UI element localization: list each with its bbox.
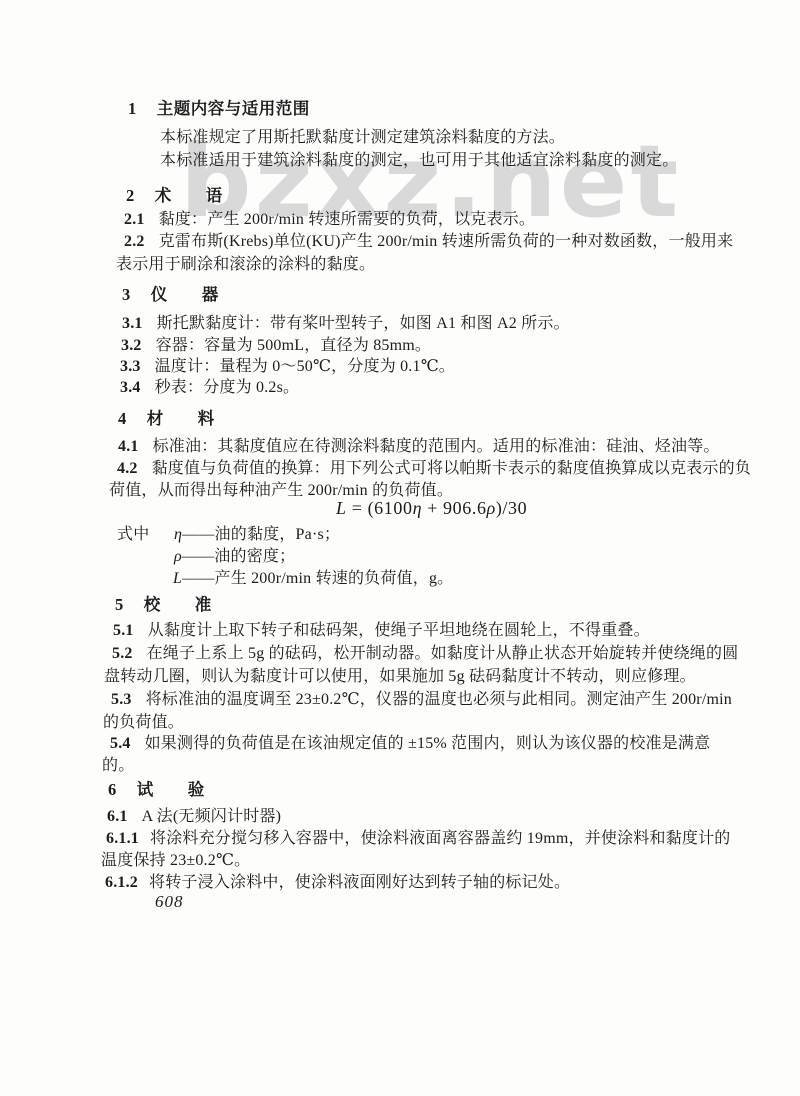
page-number: 608 <box>155 892 184 912</box>
clause-text: 黏度：产生 200r/min 转速所需要的负荷，以克表示。 <box>159 211 535 228</box>
clause-number: 2.2 <box>124 233 145 250</box>
formula-legend-eta: η——油的黏度，Pa·s； <box>174 525 340 545</box>
section-number: 5 <box>115 595 124 614</box>
clause-text: 如果测得的负荷值是在该油规定值的 ±15% 范围内，则认为该仪器的校准是满意 <box>145 735 711 752</box>
clause-text: 黏度值与负荷值的换算：用下列公式可将以帕斯卡表示的黏度值换算成以克表示的负 <box>152 460 751 477</box>
clause-number: 5.1 <box>113 622 134 639</box>
symbol: η <box>174 526 182 543</box>
clause-3-4: 3.4秒表：分度为 0.2s。 <box>120 378 299 398</box>
section-number: 6 <box>108 780 117 799</box>
clause-6-1-2: 6.1.2将转子浸入涂料中，使涂料液面刚好达到转子轴的标记处。 <box>105 873 570 893</box>
clause-number: 5.2 <box>112 645 133 662</box>
section-title: 材 料 <box>147 409 215 428</box>
clause-number: 3.3 <box>120 358 141 375</box>
clause-2-2-continued: 表示用于刷涂和滚涂的涂料的黏度。 <box>116 255 375 275</box>
section-number: 1 <box>128 99 137 118</box>
section-6-heading: 6试 验 <box>108 780 205 800</box>
clause-5-3-continued: 的负荷值。 <box>103 713 184 733</box>
clause-4-1: 4.1标准油：其黏度值应在待测涂料黏度的范围内。适用的标准油：硅油、烃油等。 <box>118 437 720 457</box>
clause-5-4-continued: 的。 <box>102 756 134 776</box>
clause-text: 温度计：量程为 0～50℃，分度为 0.1℃。 <box>155 358 455 375</box>
section-5-heading: 5校 准 <box>115 595 212 615</box>
clause-number: 2.1 <box>124 211 145 228</box>
scanned-standard-page: bzxz.net 1主题内容与适用范围 本标准规定了用斯托默黏度计测定建筑涂料黏… <box>0 0 800 1096</box>
clause-5-4: 5.4如果测得的负荷值是在该油规定值的 ±15% 范围内，则认为该仪器的校准是满… <box>110 734 710 754</box>
clause-text: 在绳子上系上 5g 的砝码，松开制动器。如黏度计从静止状态开始旋转并使绕绳的圆 <box>147 645 739 662</box>
clause-text: 将转子浸入涂料中，使涂料液面刚好达到转子轴的标记处。 <box>149 874 570 891</box>
section-1-heading: 1主题内容与适用范围 <box>128 99 310 119</box>
clause-text: 从黏度计上取下转子和砝码架，使绳子平坦地绕在圆轮上，不得重叠。 <box>148 622 650 639</box>
clause-5-2-continued: 盘转动几圈，则认为黏度计可以使用，如果施加 5g 砝码黏度计不转动，则应修理。 <box>104 667 696 687</box>
clause-number: 6.1.2 <box>105 874 138 891</box>
formula-legend-rho: ρ——油的密度； <box>174 547 295 567</box>
clause-number: 6.1 <box>107 808 128 825</box>
clause-number: 5.4 <box>110 735 131 752</box>
formula-legend-L: L——产生 200r/min 转速的负荷值，g。 <box>173 569 453 589</box>
section-title: 术 语 <box>155 186 223 205</box>
clause-text: 容器：容量为 500mL，直径为 85mm。 <box>156 337 432 354</box>
clause-number: 3.1 <box>122 315 143 332</box>
section-1-paragraph-1: 本标准规定了用斯托默黏度计测定建筑涂料黏度的方法。 <box>160 128 565 148</box>
section-number: 3 <box>122 285 131 304</box>
section-title: 校 准 <box>144 595 212 614</box>
clause-5-3: 5.3将标准油的温度调至 23±0.2℃，仪器的温度也必须与此相同。测定油产生 … <box>111 690 732 710</box>
clause-4-2: 4.2黏度值与负荷值的换算：用下列公式可将以帕斯卡表示的黏度值换算成以克表示的负 <box>117 459 751 479</box>
clause-text: 将涂料充分搅匀移入容器中，使涂料液面离容器盖约 19mm，并使涂料和黏度计的 <box>150 830 731 847</box>
clause-3-2: 3.2容器：容量为 500mL，直径为 85mm。 <box>121 336 431 356</box>
clause-2-2: 2.2克雷布斯(Krebs)单位(KU)产生 200r/min 转速所需负荷的一… <box>124 232 733 252</box>
clause-text: 秒表：分度为 0.2s。 <box>155 379 300 396</box>
section-3-heading: 3仪 器 <box>122 285 219 305</box>
symbol: ρ <box>174 548 182 565</box>
formula: L = (6100η + 906.6ρ)/30 <box>336 498 527 518</box>
clause-2-1: 2.1黏度：产生 200r/min 转速所需要的负荷，以克表示。 <box>124 210 535 230</box>
section-title: 仪 器 <box>151 285 219 304</box>
section-number: 2 <box>126 186 135 205</box>
clause-3-1: 3.1斯托默黏度计：带有桨叶型转子，如图 A1 和图 A2 所示。 <box>122 314 570 334</box>
clause-text: A 法(无频闪计时器) <box>142 808 282 825</box>
section-2-heading: 2术 语 <box>126 186 223 206</box>
clause-number: 4.2 <box>117 460 138 477</box>
clause-6-1-1: 6.1.1将涂料充分搅匀移入容器中，使涂料液面离容器盖约 19mm，并使涂料和黏… <box>106 829 731 849</box>
section-title: 主题内容与适用范围 <box>157 99 310 118</box>
clause-number: 4.1 <box>118 438 139 455</box>
clause-5-1: 5.1从黏度计上取下转子和砝码架，使绳子平坦地绕在圆轮上，不得重叠。 <box>113 621 650 641</box>
clause-text: 将标准油的温度调至 23±0.2℃，仪器的温度也必须与此相同。测定油产生 200… <box>146 691 732 708</box>
section-title: 试 验 <box>137 780 205 799</box>
clause-number: 3.4 <box>120 379 141 396</box>
clause-6-1-1-continued: 温度保持 23±0.2℃。 <box>101 851 250 871</box>
clause-number: 6.1.1 <box>106 830 139 847</box>
clause-3-3: 3.3温度计：量程为 0～50℃，分度为 0.1℃。 <box>120 357 455 377</box>
clause-5-2: 5.2在绳子上系上 5g 的砝码，松开制动器。如黏度计从静止状态开始旋转并使绕绳… <box>112 644 738 664</box>
clause-number: 5.3 <box>111 691 132 708</box>
clause-text: 标准油：其黏度值应在待测涂料黏度的范围内。适用的标准油：硅油、烃油等。 <box>153 438 720 455</box>
section-number: 4 <box>118 409 127 428</box>
clause-6-1: 6.1A 法(无频闪计时器) <box>107 807 281 827</box>
clause-text: 斯托默黏度计：带有桨叶型转子，如图 A1 和图 A2 所示。 <box>157 315 570 332</box>
clause-number: 3.2 <box>121 337 142 354</box>
section-4-heading: 4材 料 <box>118 409 215 429</box>
section-1-paragraph-2: 本标准适用于建筑涂料黏度的测定，也可用于其他适宜涂料黏度的测定。 <box>160 151 678 171</box>
symbol: L <box>173 570 182 587</box>
clause-text: 克雷布斯(Krebs)单位(KU)产生 200r/min 转速所需负荷的一种对数… <box>159 233 734 250</box>
formula-legend-prefix: 式中 <box>117 525 149 545</box>
